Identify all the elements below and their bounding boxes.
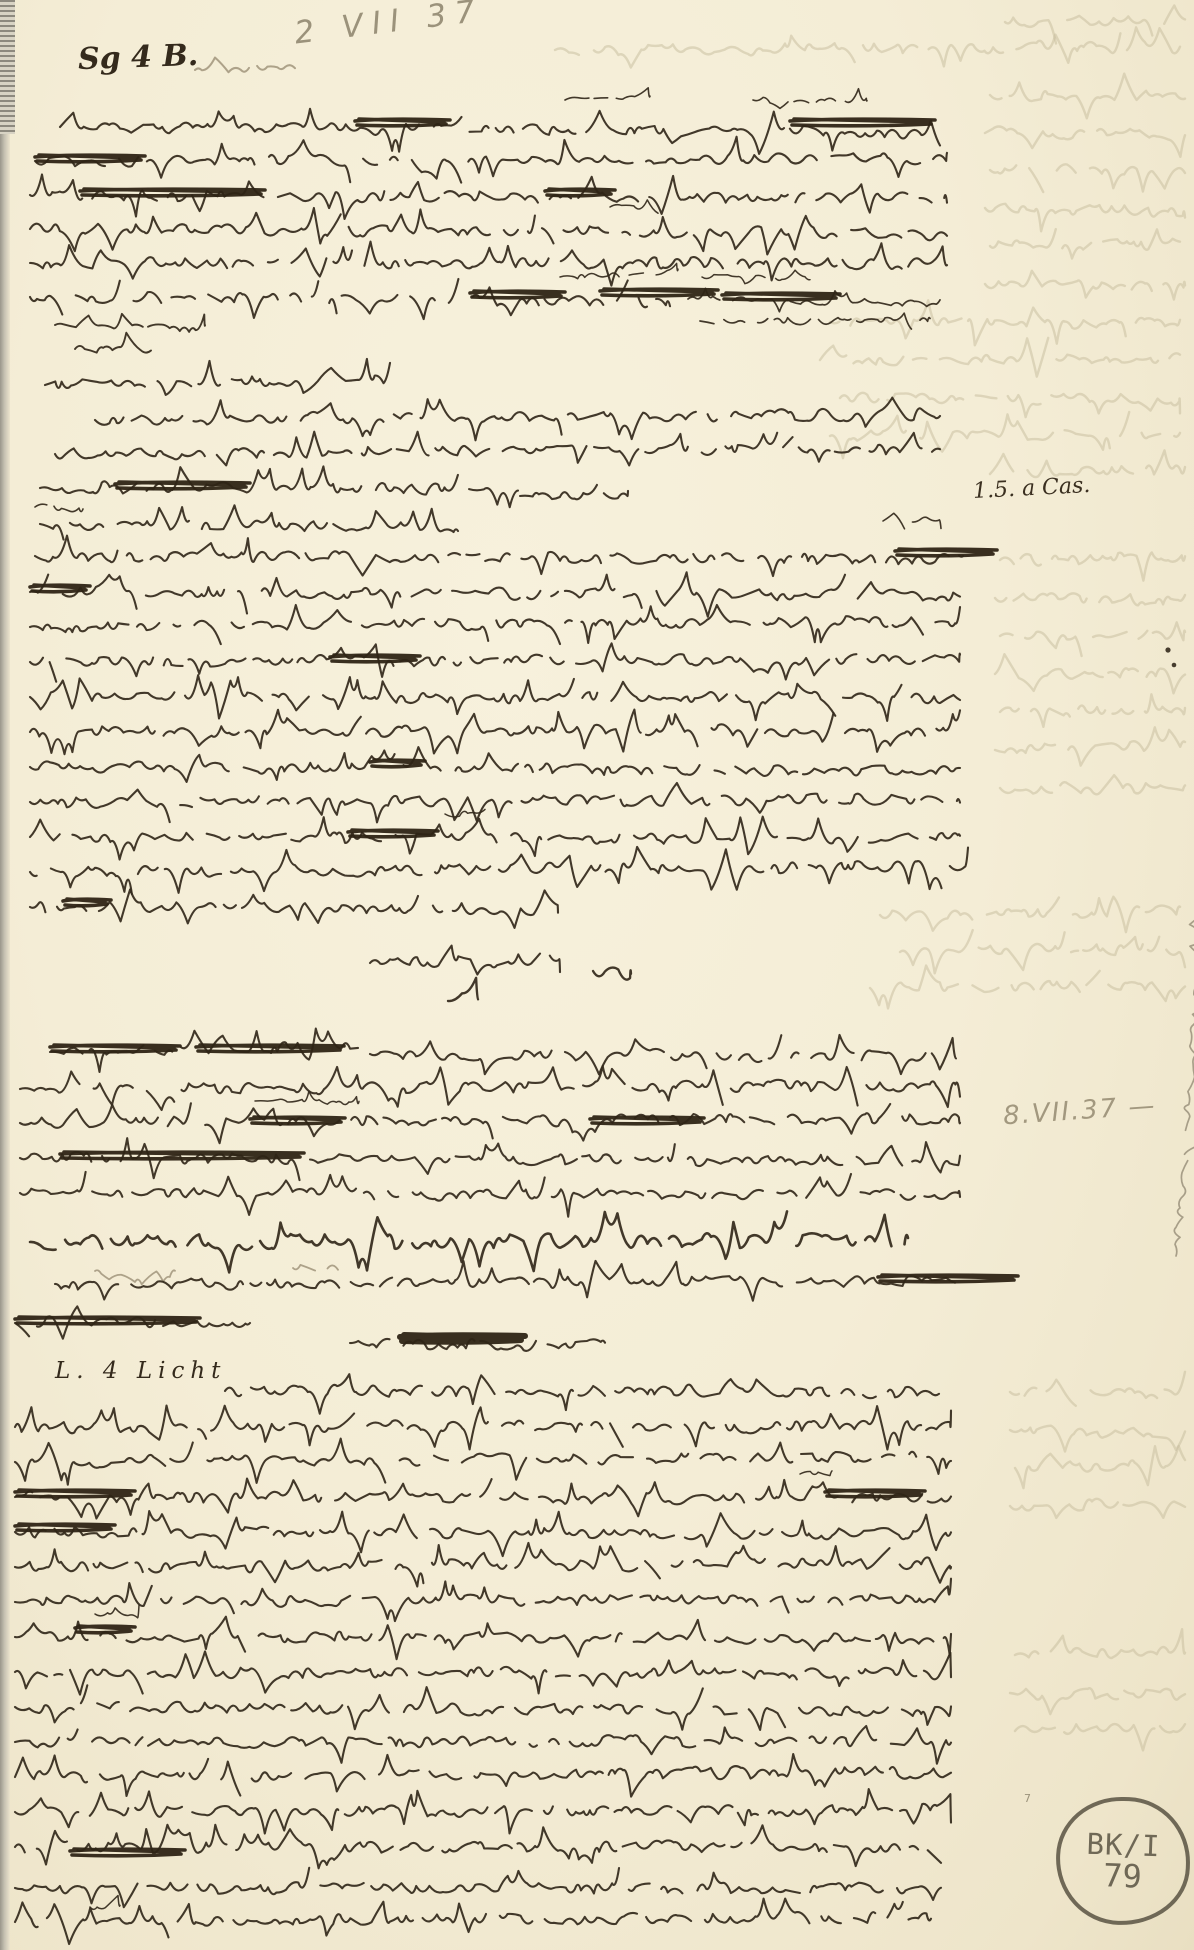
ink-dot (1172, 663, 1177, 668)
handwriting-strokes (0, 0, 1194, 1950)
manuscript-page: Sg 4 B. 2 VII 37 1.5. a Cas. 8.VII.37 — … (0, 0, 1194, 1950)
ink-dot (1165, 647, 1170, 652)
pencil-tiny-mark: 7 (1024, 1792, 1031, 1805)
letter1-salutation: Sg 4 B. (77, 38, 198, 77)
stamp-number: 79 (1103, 1856, 1143, 1895)
letter3-heading: L. 4 Licht (55, 1358, 226, 1384)
